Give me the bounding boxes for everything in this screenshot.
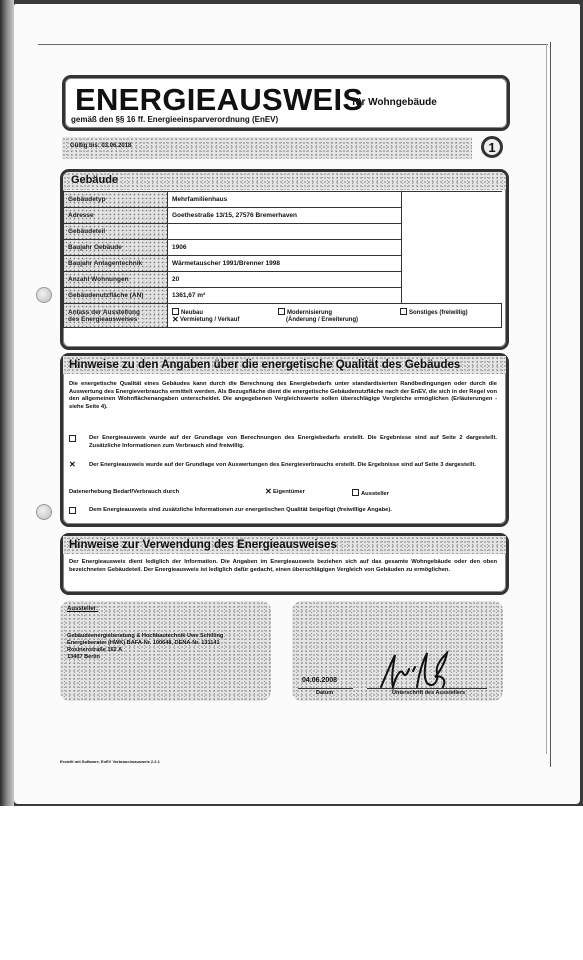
option-label: Eigentümer xyxy=(273,489,305,495)
signature-label: Unterschrift des Ausstellers xyxy=(392,690,465,696)
signature-line xyxy=(367,688,487,689)
issuer-line: Gebäudeenergieberatung & Hochbautechnik … xyxy=(67,633,223,640)
row-value: 1906 xyxy=(168,240,402,256)
option-label: Sonstiges (freiwillig) xyxy=(409,310,468,316)
issuer-line: Rosinenstraße 162 A xyxy=(67,647,223,654)
issuer-box: Aussteller: Gebäudeenergieberatung & Hoc… xyxy=(60,601,271,701)
quality-notes-section: Hinweise zu den Angaben über die energet… xyxy=(60,353,509,527)
option-text: Dem Energieausweis sind zusätzliche Info… xyxy=(89,507,497,515)
option-text: Der Energieausweis wurde auf der Grundla… xyxy=(89,462,497,470)
punch-hole-icon xyxy=(36,504,52,520)
signature-box: 04.06.2008 Datum Unterschrift des Ausste… xyxy=(292,601,503,701)
quality-intro-text: Die energetische Qualität eines Gebäudes… xyxy=(69,381,497,411)
signature-icon xyxy=(377,643,457,693)
occasion-options: Neubau ✕Vermietung / Verkauf Modernisier… xyxy=(168,304,502,328)
option-label: Modernisierung xyxy=(287,310,332,316)
option-owner: ✕Eigentümer xyxy=(265,489,305,497)
issuer-line: Energieberater (HWK) BAFA-Nr. 100648, DE… xyxy=(67,640,223,647)
occasion-label-line2: des Energieausweises xyxy=(68,316,163,323)
checkbox-checked-icon: ✕ xyxy=(172,317,179,323)
row-label: Gebäudenutzfläche (AN) xyxy=(64,288,168,304)
row-value: 1361,67 m² xyxy=(168,288,402,304)
issuer-address: Gebäudeenergieberatung & Hochbautechnik … xyxy=(67,633,223,661)
row-value xyxy=(168,224,402,240)
checkbox-empty-icon xyxy=(352,489,359,496)
checkbox-empty-icon xyxy=(278,308,285,315)
data-collection-row: Datenerhebung Bedarf/Verbrauch durch ✕Ei… xyxy=(69,489,499,497)
validity-label: Gültig bis: xyxy=(70,143,100,149)
option-vermietung: ✕Vermietung / Verkauf xyxy=(172,317,239,323)
row-label: Adresse xyxy=(64,208,168,224)
header-box: ENERGIEAUSWEIS für Wohngebäude gemäß den… xyxy=(62,75,510,131)
top-rule xyxy=(38,44,548,45)
right-rule xyxy=(550,42,551,767)
row-label: Gebäudeteil xyxy=(64,224,168,240)
validity-date: 03.06.2018 xyxy=(101,143,131,149)
punch-hole-icon xyxy=(36,287,52,303)
building-table: Gebäudetyp Mehrfamilienhaus Adresse Goet… xyxy=(63,191,502,328)
table-row-occasion: Anlass der Ausstellung des Energieauswei… xyxy=(64,304,502,328)
row-label: Baujahr Anlagentechnik xyxy=(64,256,168,272)
option-modernisierung: Modernisierung xyxy=(278,308,332,316)
building-photo-placeholder xyxy=(402,192,502,304)
option-label: Aussteller xyxy=(361,491,389,497)
option-label: Neubau xyxy=(181,310,203,316)
section-title: Gebäude xyxy=(63,172,506,190)
checkbox-empty-icon xyxy=(69,507,79,517)
checkbox-empty-icon xyxy=(400,308,407,315)
row-label: Baujahr Gebäude xyxy=(64,240,168,256)
validity-text: Gültig bis: 03.06.2018 xyxy=(70,143,131,149)
option-label: Vermietung / Verkauf xyxy=(180,317,239,323)
option-sonstiges: Sonstiges (freiwillig) xyxy=(400,308,468,316)
binder-edge xyxy=(0,0,14,806)
usage-notes-text: Der Energieausweis dient lediglich der I… xyxy=(69,559,497,574)
checkbox-empty-icon xyxy=(69,435,79,445)
issuer-line: 13407 Berlin xyxy=(67,654,223,661)
row-value: Goethestraße 13/15, 27576 Bremerhaven xyxy=(168,208,402,224)
document-title: ENERGIEAUSWEIS xyxy=(75,82,363,118)
document-subtitle: für Wohngebäude xyxy=(352,97,437,108)
checkbox-checked-icon: ✕ xyxy=(265,489,272,495)
regulation-text: gemäß den §§ 16 ff. Energieeinsparverord… xyxy=(71,115,278,124)
validity-band: Gültig bis: 03.06.2018 xyxy=(62,137,472,159)
issue-date: 04.06.2008 xyxy=(302,677,337,684)
occasion-label-line1: Anlass der Ausstellung xyxy=(68,309,163,316)
row-label: Anzahl Wohnungen xyxy=(64,272,168,288)
section-title: Hinweise zu den Angaben über die energet… xyxy=(63,356,506,374)
right-rule-inner xyxy=(546,44,547,754)
row-label: Anlass der Ausstellung des Energieauswei… xyxy=(64,304,168,328)
option-modernisierung-detail: (Änderung / Erweiterung) xyxy=(286,317,358,323)
date-line xyxy=(298,688,353,689)
usage-notes-section: Hinweise zur Verwendung des Energieauswe… xyxy=(60,533,509,595)
checkbox-checked-icon: ✕ xyxy=(69,462,79,468)
building-section: Gebäude Gebäudetyp Mehrfamilienhaus Adre… xyxy=(60,169,509,350)
row-value: 20 xyxy=(168,272,402,288)
table-row: Gebäudetyp Mehrfamilienhaus xyxy=(64,192,502,208)
row-label: Gebäudetyp xyxy=(64,192,168,208)
row-value: Wärmetauscher 1991/Brenner 1998 xyxy=(168,256,402,272)
page-number-badge: 1 xyxy=(481,136,503,158)
date-label: Datum xyxy=(316,690,333,696)
row-value: Mehrfamilienhaus xyxy=(168,192,402,208)
option-issuer: Aussteller xyxy=(352,489,389,499)
option-text: Der Energieausweis wurde auf der Grundla… xyxy=(89,435,497,450)
data-collection-label: Datenerhebung Bedarf/Verbrauch durch xyxy=(69,489,179,495)
software-footer: Erstellt mit Software, EnEV Verbrauchsau… xyxy=(60,759,160,764)
checkbox-empty-icon xyxy=(172,308,179,315)
issuer-label: Aussteller: xyxy=(67,606,98,612)
option-label: (Änderung / Erweiterung) xyxy=(286,317,358,323)
section-title: Hinweise zur Verwendung des Energieauswe… xyxy=(63,536,506,554)
